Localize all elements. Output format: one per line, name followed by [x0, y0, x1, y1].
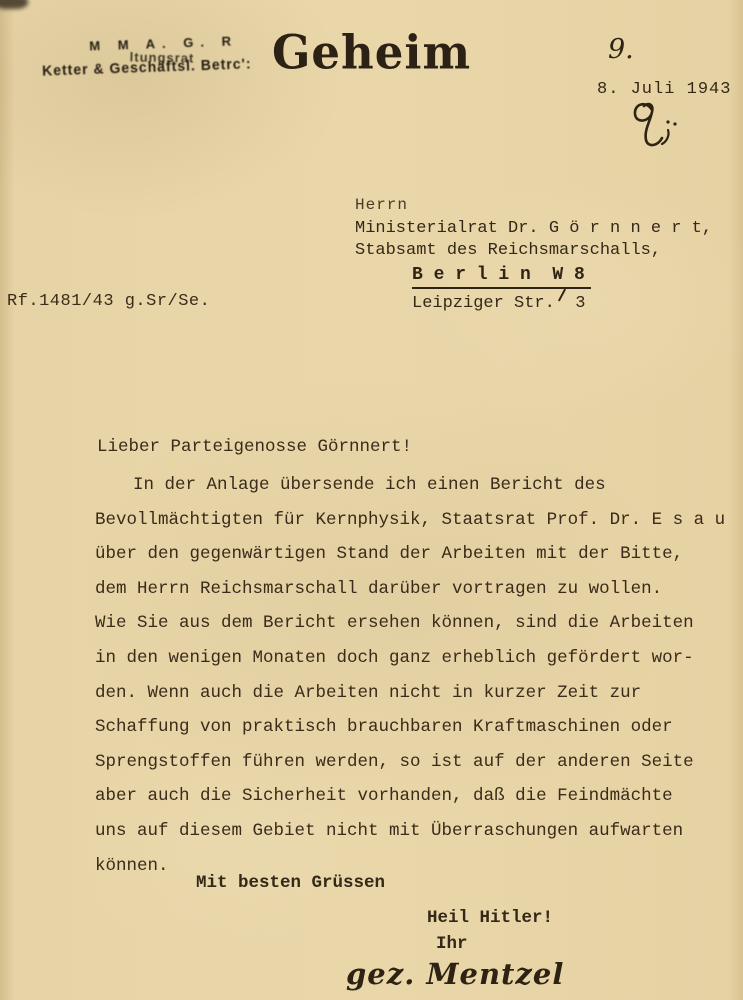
body-line: Bevollmächtigten für Kernphysik, Staatsr…	[95, 503, 735, 538]
handwritten-number: 9.	[608, 34, 634, 65]
recipient-city: B e r l i n W 8	[412, 265, 591, 289]
letter-page: M M A. G. R ltungsrat Ketter & Geschäfts…	[0, 0, 743, 1000]
recipient-herrn: Herrn	[355, 196, 408, 214]
body-line: über den gegenwärtigen Stand der Arbeite…	[95, 537, 735, 572]
recipient-name: Ministerialrat Dr. G ö r n n e r t,	[355, 219, 712, 238]
body-line: uns auf diesem Gebiet nicht mit Überrasc…	[95, 814, 735, 849]
closing-regards: Mit besten Grüssen	[196, 873, 385, 893]
body-line: können.	[95, 849, 735, 884]
handwritten-paraph-icon	[622, 96, 692, 154]
signature: gez. Mentzel	[346, 957, 564, 991]
salutation-line: Lieber Parteigenosse Görnnert!	[97, 437, 412, 457]
body-line: Schaffung von praktisch brauchbaren Kraf…	[95, 710, 735, 745]
letter-body: In der Anlage übersende ich einen Berich…	[95, 468, 735, 883]
body-line: dem Herrn Reichsmarschall darüber vortra…	[95, 572, 735, 607]
closing-ihr: Ihr	[436, 934, 468, 954]
body-line: aber auch die Sicherheit vorhanden, daß …	[95, 779, 735, 814]
scan-corner-smudge	[0, 0, 28, 9]
body-line: In der Anlage übersende ich einen Berich…	[95, 468, 735, 503]
recipient-office: Stabsamt des Reichsmarschalls,	[355, 241, 661, 260]
body-line: Wie Sie aus dem Bericht ersehen können, …	[95, 606, 735, 641]
body-line: Sprengstoffen führen werden, so ist auf …	[95, 745, 735, 780]
reference-number: Rf.1481/43 g.Sr/Se.	[7, 292, 210, 311]
closing-salute: Heil Hitler!	[427, 908, 553, 928]
body-line: den. Wenn auch die Arbeiten nicht in kur…	[95, 676, 735, 711]
body-line: in den wenigen Monaten doch ganz erhebli…	[95, 641, 735, 676]
